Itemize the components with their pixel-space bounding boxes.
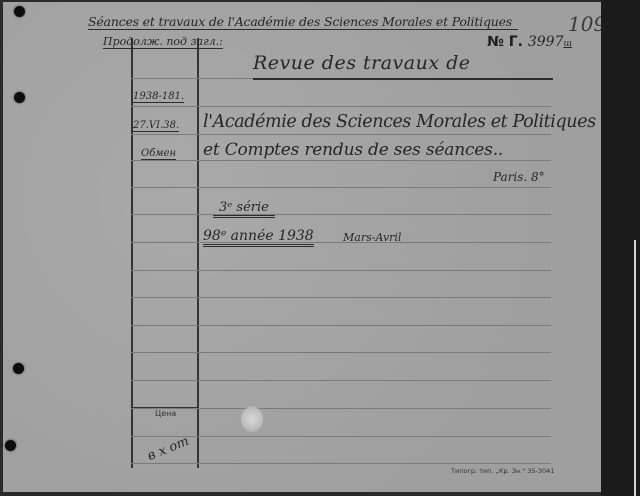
- ruled-line: [131, 106, 551, 107]
- punch-hole-2: [14, 92, 25, 103]
- ruled-line: [131, 436, 551, 437]
- place-of-publication: Paris. 8°: [493, 170, 545, 184]
- shelf-number-prefix: № Г.: [487, 34, 523, 50]
- column-divider-rule: [197, 38, 199, 468]
- title-line-3: et Comptes rendus de ses séances..: [203, 140, 503, 160]
- series-label: 3ᵉ série: [213, 200, 275, 218]
- price-value: в х от: [145, 434, 191, 464]
- ruled-line: [131, 214, 551, 215]
- ruled-line: [131, 352, 551, 353]
- ruled-line: [131, 463, 551, 464]
- acquisition-method: Обмен: [141, 148, 176, 160]
- ruled-line: [131, 408, 551, 409]
- punch-hole-3: [13, 363, 24, 374]
- price-label: Цена: [155, 409, 176, 418]
- price-box-rule: [133, 407, 197, 408]
- accession-number: 1938-181.: [133, 91, 184, 103]
- title-line-1: Revue des travaux de: [253, 52, 471, 74]
- issue-months: Mars-Avril: [343, 231, 401, 244]
- ruled-line: [131, 160, 551, 161]
- ruled-line: [131, 134, 551, 135]
- accession-date: 27.VI.38.: [133, 120, 179, 132]
- shelf-number: № Г. 3997ш: [487, 34, 572, 50]
- paper-stain: [241, 406, 263, 432]
- catalog-card: Séances et travaux de l'Académie des Sci…: [3, 2, 601, 492]
- shelf-number-value: 3997: [528, 34, 564, 50]
- printer-imprint: Типогр. тип. „Кр. Зн." 35-3041: [451, 467, 554, 475]
- punch-hole-1: [14, 6, 25, 17]
- scan-background-edge: [601, 0, 640, 496]
- shelf-number-suffix: ш: [563, 39, 572, 49]
- header-continuation-label: Продолж. под загл.:: [103, 35, 223, 49]
- ruled-line: [131, 325, 551, 326]
- title-underline: [253, 78, 553, 80]
- ruled-line: [131, 270, 551, 271]
- ruled-line: [131, 380, 551, 381]
- ruled-line: [131, 297, 551, 298]
- ruled-line: [131, 242, 551, 243]
- title-line-2: l'Académie des Sciences Morales et Polit…: [203, 112, 596, 132]
- ruled-line: [131, 187, 551, 188]
- year-line: 98ᵉ année 1938: [203, 228, 314, 247]
- scan-edge-highlight: [634, 240, 636, 496]
- punch-hole-4: [5, 440, 16, 451]
- header-title: Séances et travaux de l'Académie des Sci…: [88, 14, 518, 30]
